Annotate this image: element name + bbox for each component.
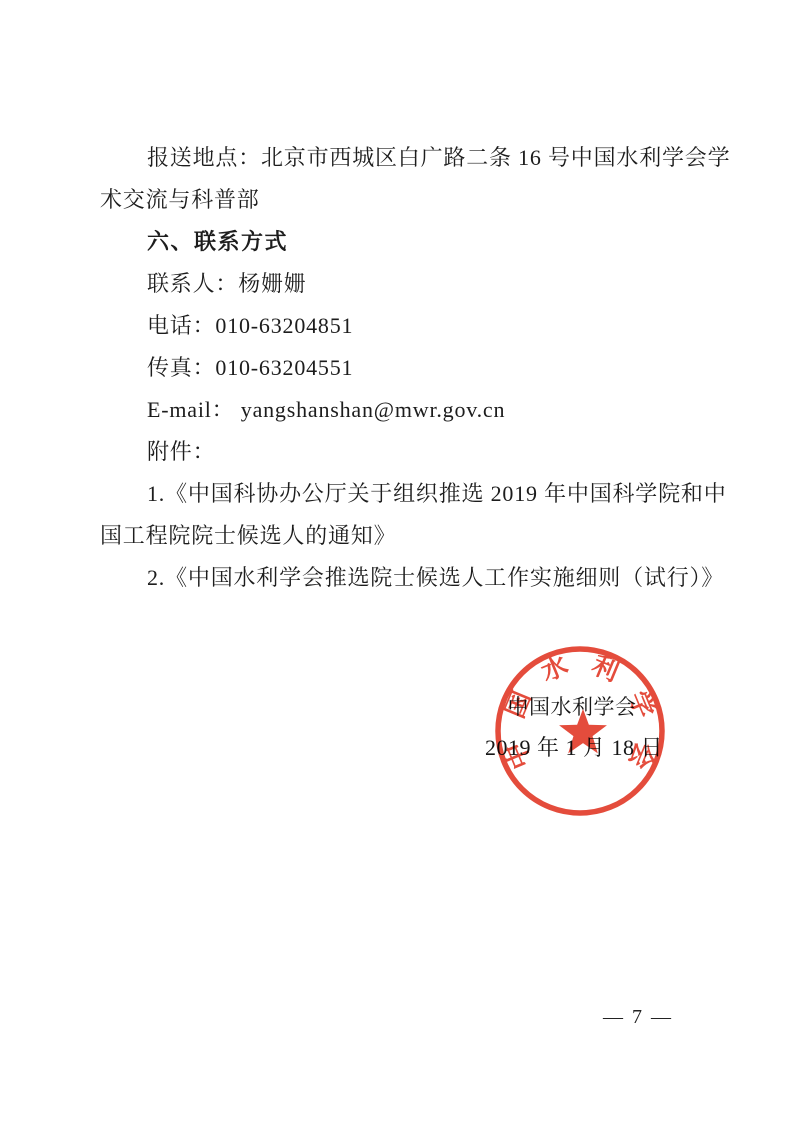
fax-line: 传真：010-63204551 [100, 347, 716, 389]
official-seal-stamp: 中 国 水 利 学 会 [470, 620, 690, 840]
contact-person-line: 联系人：杨姗姗 [100, 263, 716, 305]
signature-organization: 中国水利学会 [508, 692, 637, 722]
page-number: — 7 — [603, 1003, 673, 1031]
attachment-2-line: 2.《中国水利学会推选院士候选人工作实施细则（试行）》 [100, 557, 716, 599]
document-page: 报送地点：北京市西城区白广路二条 16 号中国水利学会学 术交流与科普部 六、联… [0, 0, 800, 1131]
report-address-line-2: 术交流与科普部 [100, 179, 716, 221]
attachment-1-line-1: 1.《中国科协办公厅关于组织推选 2019 年中国科学院和中 [100, 473, 716, 515]
section-heading-contact: 六、联系方式 [100, 221, 716, 263]
document-body: 报送地点：北京市西城区白广路二条 16 号中国水利学会学 术交流与科普部 六、联… [100, 137, 716, 599]
seal-ring-circle [498, 649, 662, 813]
report-address-line-1: 报送地点：北京市西城区白广路二条 16 号中国水利学会学 [100, 137, 716, 179]
attachment-1-line-2: 国工程院院士候选人的通知》 [100, 515, 716, 557]
signature-date: 2019 年 1 月 18 日 [485, 733, 663, 763]
attachments-label: 附件： [100, 431, 716, 473]
email-line: E-mail： yangshanshan@mwr.gov.cn [100, 389, 716, 431]
seal-char-4: 利 [588, 650, 623, 687]
seal-char-3: 水 [537, 650, 572, 687]
phone-line: 电话：010-63204851 [100, 305, 716, 347]
